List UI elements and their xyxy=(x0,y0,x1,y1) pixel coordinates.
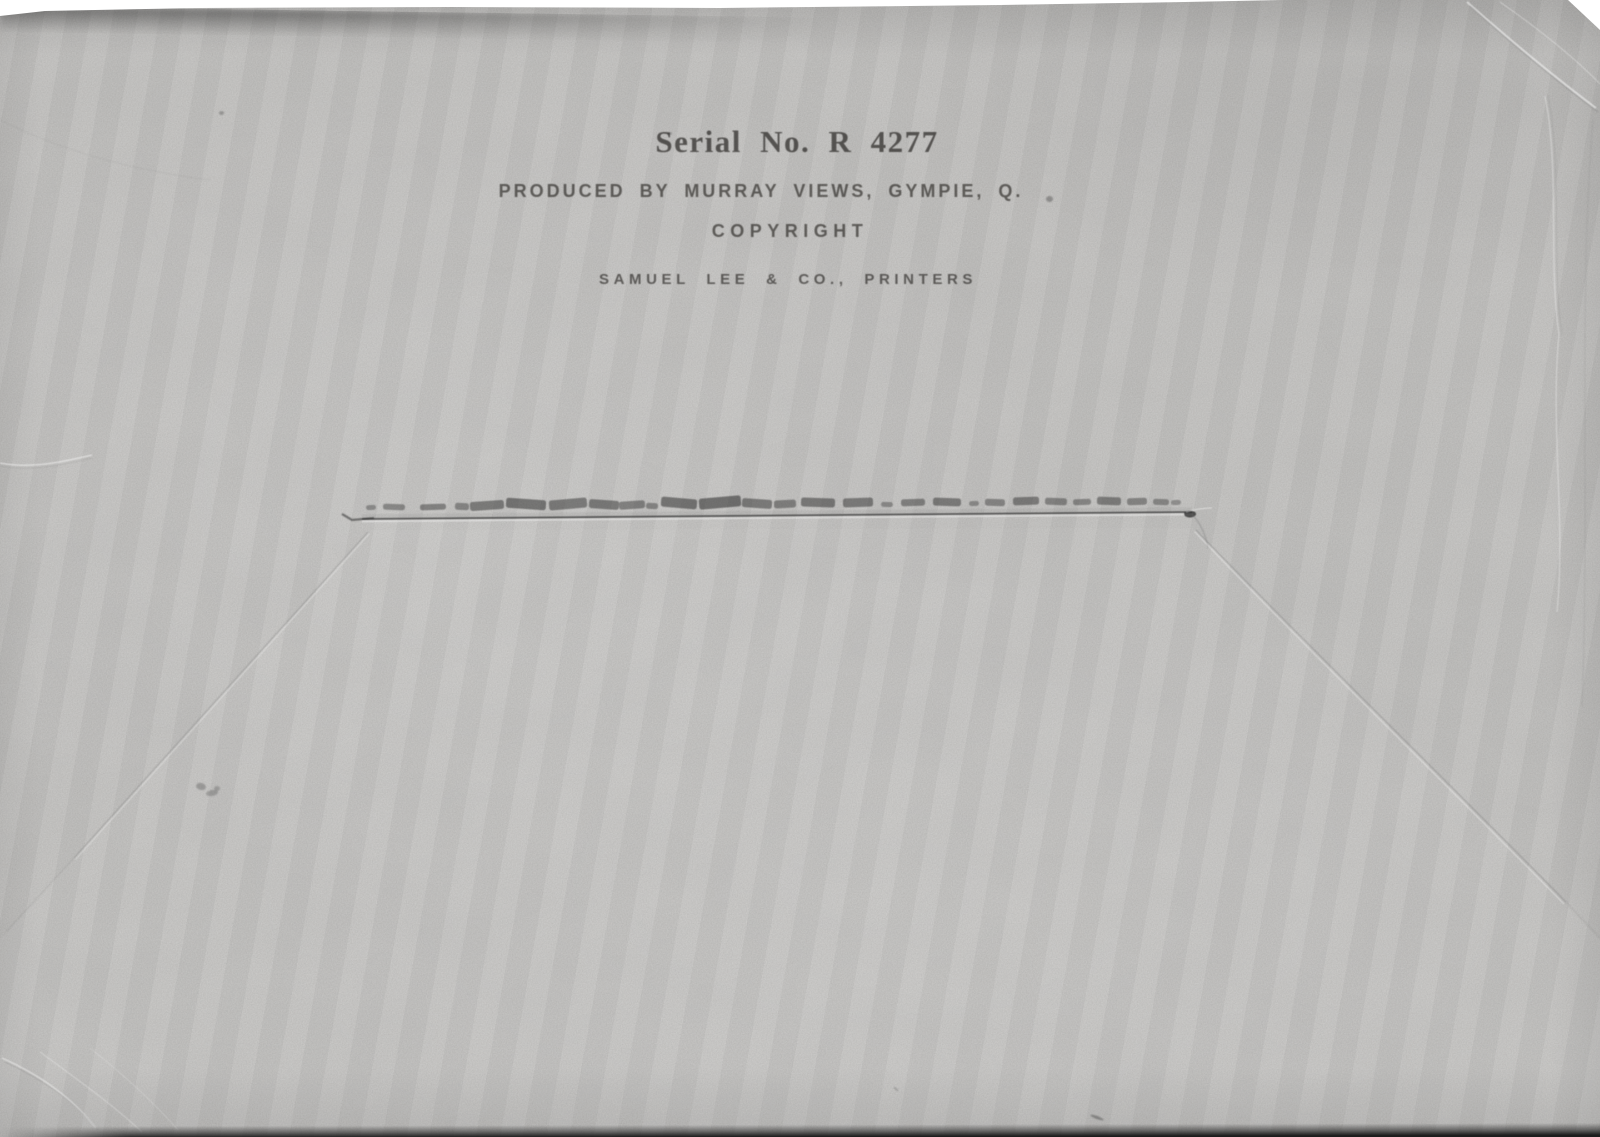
crease-lines xyxy=(0,0,1600,1137)
scanned-page: { "print": { "serial": "Serial No. R 427… xyxy=(0,0,1600,1137)
envelope-back: Serial No. R 4277 PRODUCED BY MURRAY VIE… xyxy=(0,0,1600,1137)
scan-edge-shadow-bottom xyxy=(0,1123,1600,1137)
